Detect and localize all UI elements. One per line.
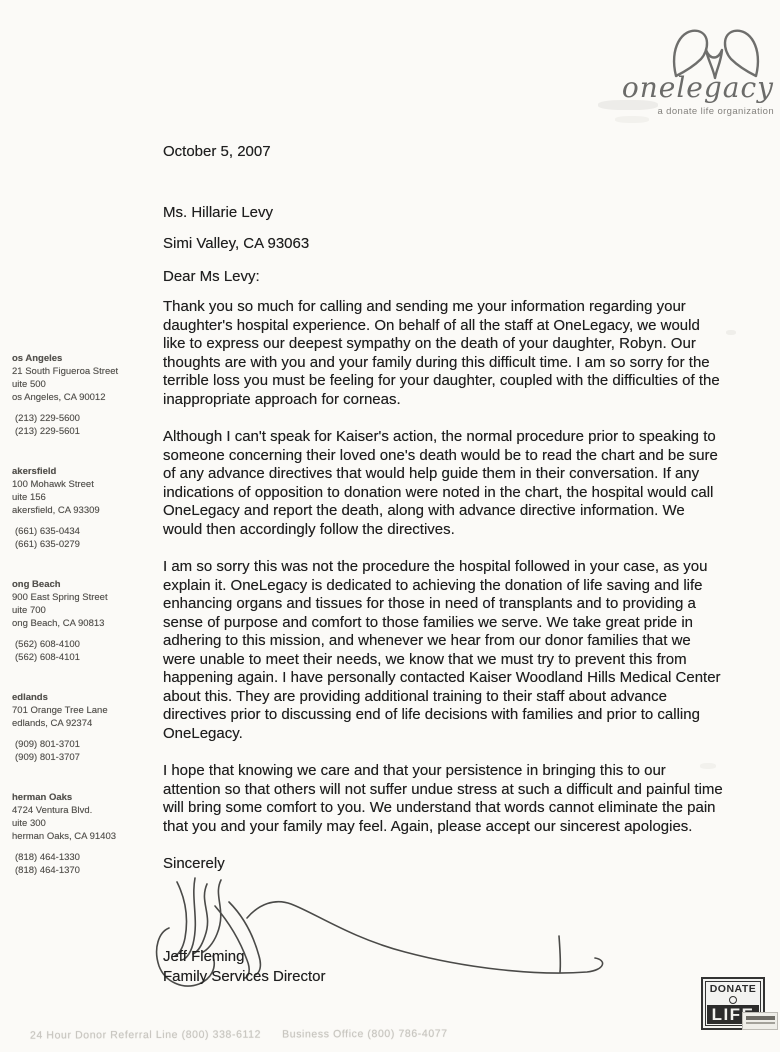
- office-los-angeles: os Angeles 21 South Figueroa Street uite…: [12, 352, 162, 438]
- scan-smudge: [615, 116, 649, 123]
- recipient-name: Ms. Hillarie Levy: [163, 204, 723, 223]
- office-phone: (818) 464-1330: [15, 851, 162, 864]
- office-address-line: uite 500: [12, 378, 162, 391]
- letter-body: October 5, 2007 Ms. Hillarie Levy Simi V…: [163, 143, 723, 989]
- paragraph-4: I hope that knowing we care and that you…: [163, 762, 723, 836]
- office-phone: (661) 635-0434: [15, 525, 162, 538]
- scan-smudge: [598, 100, 658, 110]
- office-address-line: 21 South Figueroa Street: [12, 365, 162, 378]
- office-address-line: uite 700: [12, 604, 162, 617]
- logo-wordmark: onelegacy: [606, 74, 776, 102]
- office-phones: (661) 635-0434 (661) 635-0279: [12, 525, 162, 551]
- office-address-line: 701 Orange Tree Lane: [12, 704, 162, 717]
- office-phone: (562) 608-4100: [15, 638, 162, 651]
- office-city: edlands: [12, 691, 162, 704]
- scan-smudge: [726, 330, 736, 335]
- office-phone: (213) 229-5600: [15, 412, 162, 425]
- meter-stamp-mark: [742, 1012, 778, 1030]
- office-phone: (909) 801-3707: [15, 751, 162, 764]
- signature-block: Jeff Fleming Family Services Director: [163, 874, 723, 989]
- signer-title: Family Services Director: [163, 968, 326, 987]
- office-address-line: edlands, CA 92374: [12, 717, 162, 730]
- office-address-line: herman Oaks, CA 91403: [12, 830, 162, 843]
- office-phones: (213) 229-5600 (213) 229-5601: [12, 412, 162, 438]
- office-address-line: uite 156: [12, 491, 162, 504]
- office-address-line: os Angeles, CA 90012: [12, 391, 162, 404]
- office-address-column: os Angeles 21 South Figueroa Street uite…: [12, 352, 162, 904]
- office-redlands: edlands 701 Orange Tree Lane edlands, CA…: [12, 691, 162, 764]
- stamp-circle-icon: [729, 996, 737, 1004]
- office-phones: (909) 801-3701 (909) 801-3707: [12, 738, 162, 764]
- paragraph-1: Thank you so much for calling and sendin…: [163, 298, 723, 409]
- office-phones: (562) 608-4100 (562) 608-4101: [12, 638, 162, 664]
- footer-contact-line: 24 Hour Donor Referral Line (800) 338-61…: [30, 1026, 750, 1041]
- office-sherman-oaks: herman Oaks 4724 Ventura Blvd. uite 300 …: [12, 791, 162, 877]
- office-address-line: akersfield, CA 93309: [12, 504, 162, 517]
- office-address-line: uite 300: [12, 817, 162, 830]
- salutation: Dear Ms Levy:: [163, 268, 723, 287]
- office-phone: (562) 608-4101: [15, 651, 162, 664]
- stamp-donate-text: DONATE: [707, 984, 759, 995]
- office-phone: (213) 229-5601: [15, 425, 162, 438]
- office-city: akersfield: [12, 465, 162, 478]
- office-city: herman Oaks: [12, 791, 162, 804]
- office-address-line: 4724 Ventura Blvd.: [12, 804, 162, 817]
- scan-smudge: [700, 763, 716, 769]
- office-address-line: ong Beach, CA 90813: [12, 617, 162, 630]
- office-city: ong Beach: [12, 578, 162, 591]
- office-bakersfield: akersfield 100 Mohawk Street uite 156 ak…: [12, 465, 162, 551]
- closing-word: Sincerely: [163, 855, 723, 874]
- office-address-line: 900 East Spring Street: [12, 591, 162, 604]
- office-phones: (818) 464-1330 (818) 464-1370: [12, 851, 162, 877]
- office-phone: (818) 464-1370: [15, 864, 162, 877]
- office-long-beach: ong Beach 900 East Spring Street uite 70…: [12, 578, 162, 664]
- office-phone: (661) 635-0279: [15, 538, 162, 551]
- recipient-city: Simi Valley, CA 93063: [163, 235, 723, 254]
- paragraph-3: I am so sorry this was not the procedure…: [163, 558, 723, 743]
- paragraph-2: Although I can't speak for Kaiser's acti…: [163, 428, 723, 539]
- office-address-line: 100 Mohawk Street: [12, 478, 162, 491]
- signer-name: Jeff Fleming: [163, 948, 244, 967]
- office-city: os Angeles: [12, 352, 162, 365]
- letter-date: October 5, 2007: [163, 143, 723, 162]
- office-phone: (909) 801-3701: [15, 738, 162, 751]
